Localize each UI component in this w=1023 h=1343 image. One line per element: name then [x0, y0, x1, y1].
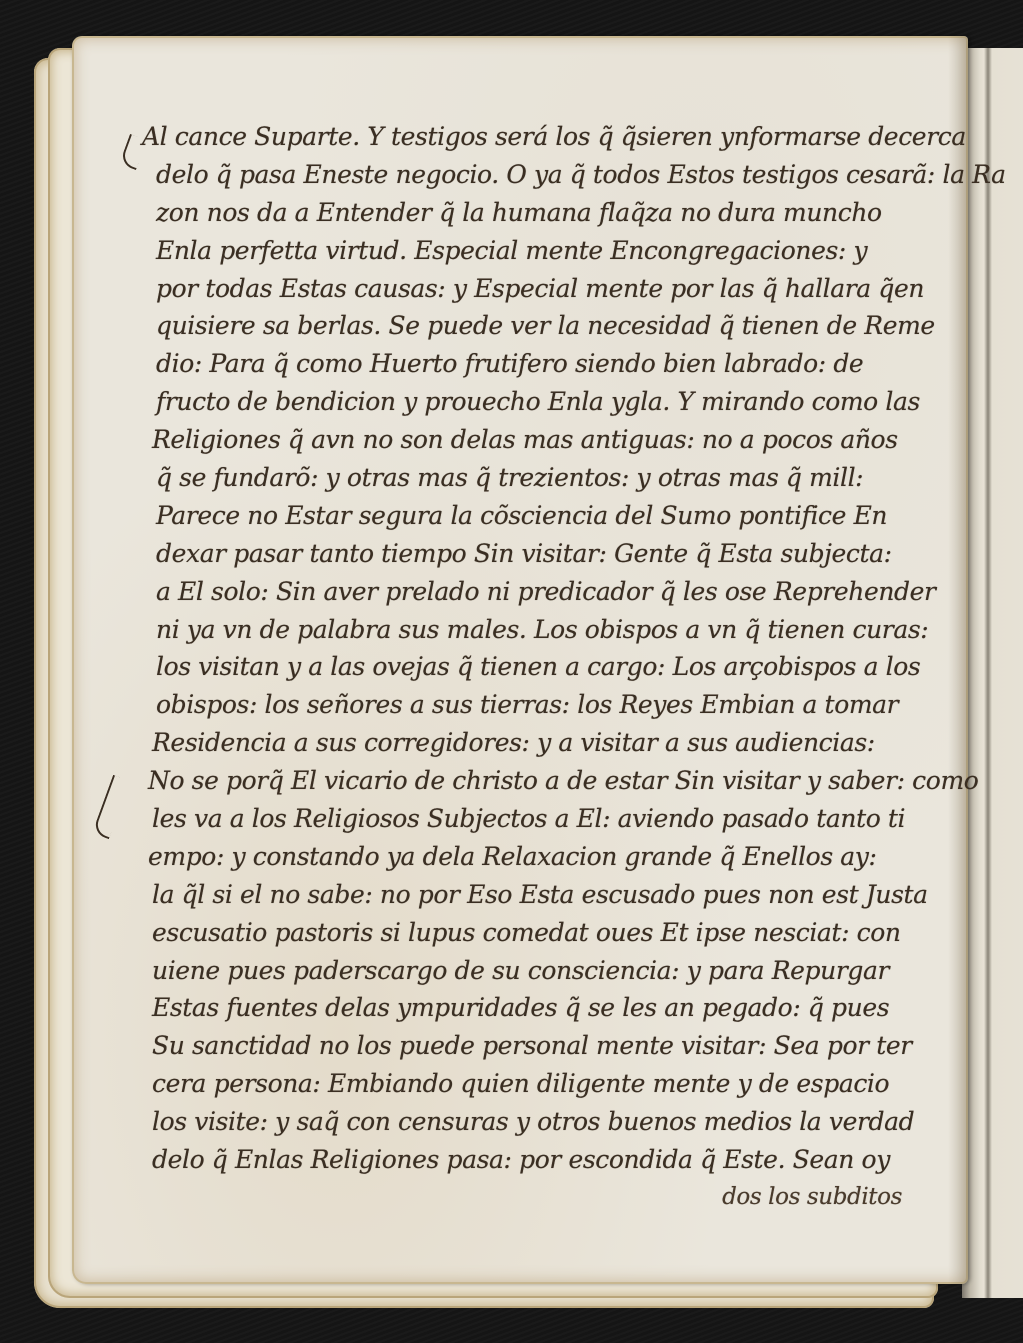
text-line: Residencia a sus corregidores: y a visit… — [142, 724, 942, 762]
text-line: delo q̃ pasa Eneste negocio. O ya q̃ tod… — [142, 156, 942, 194]
text-line: Religiones q̃ avn no son delas mas antig… — [142, 421, 942, 459]
text-line: los visitan y a las ovejas q̃ tienen a c… — [142, 648, 942, 686]
text-line: Al cance Suparte. Y testigos será los q̃… — [142, 118, 942, 156]
text-line: Estas fuentes delas ympuridades q̃ se le… — [142, 989, 942, 1027]
manuscript-page: Al cance Suparte. Y testigos será los q̃… — [72, 36, 968, 1284]
gutter-shadow — [948, 36, 968, 1284]
facing-page-edge — [962, 48, 1023, 1298]
text-line: Su sanctidad no los puede personal mente… — [142, 1027, 942, 1065]
text-line: les va a los Religiosos Subjectos a El: … — [142, 800, 942, 838]
text-line: q̃ se fundarõ: y otras mas q̃ trezientos… — [142, 459, 942, 497]
text-line: Enla perfetta virtud. Especial mente Enc… — [142, 232, 942, 270]
text-line: ni ya vn de palabra sus males. Los obisp… — [142, 611, 942, 649]
text-line: fructo de bendicion y prouecho Enla ygla… — [142, 383, 942, 421]
text-line: quisiere sa berlas. Se puede ver la nece… — [142, 307, 942, 345]
text-line: uiene pues paderscargo de su consciencia… — [142, 952, 942, 990]
text-line: a El solo: Sin aver prelado ni predicado… — [142, 573, 942, 611]
text-line: obispos: los señores a sus tierras: los … — [142, 686, 942, 724]
text-line: dexar pasar tanto tiempo Sin visitar: Ge… — [142, 535, 942, 573]
text-line: dio: Para q̃ como Huerto frutifero siend… — [142, 345, 942, 383]
text-line: No se porq̃ El vicario de christo a de e… — [142, 762, 942, 800]
catchword: dos los subditos — [142, 1179, 942, 1217]
text-line: los visite: y saq̃ con censuras y otros … — [142, 1103, 942, 1141]
flourish-mark — [92, 775, 130, 839]
text-line: por todas Estas causas: y Especial mente… — [142, 270, 942, 308]
text-line: escusatio pastoris si lupus comedat oues… — [142, 914, 942, 952]
text-line: delo q̃ Enlas Religiones pasa: por escon… — [142, 1141, 942, 1179]
text-line: empo: y constando ya dela Relaxacion gra… — [142, 838, 942, 876]
text-line: la q̃l si el no sabe: no por Eso Esta es… — [142, 876, 942, 914]
text-line: Parece no Estar segura la cõsciencia del… — [142, 497, 942, 535]
text-line: zon nos da a Entender q̃ la humana flaq̃… — [142, 194, 942, 232]
manuscript-text: Al cance Suparte. Y testigos será los q̃… — [142, 118, 942, 1217]
text-line: cera persona: Embiando quien diligente m… — [142, 1065, 942, 1103]
